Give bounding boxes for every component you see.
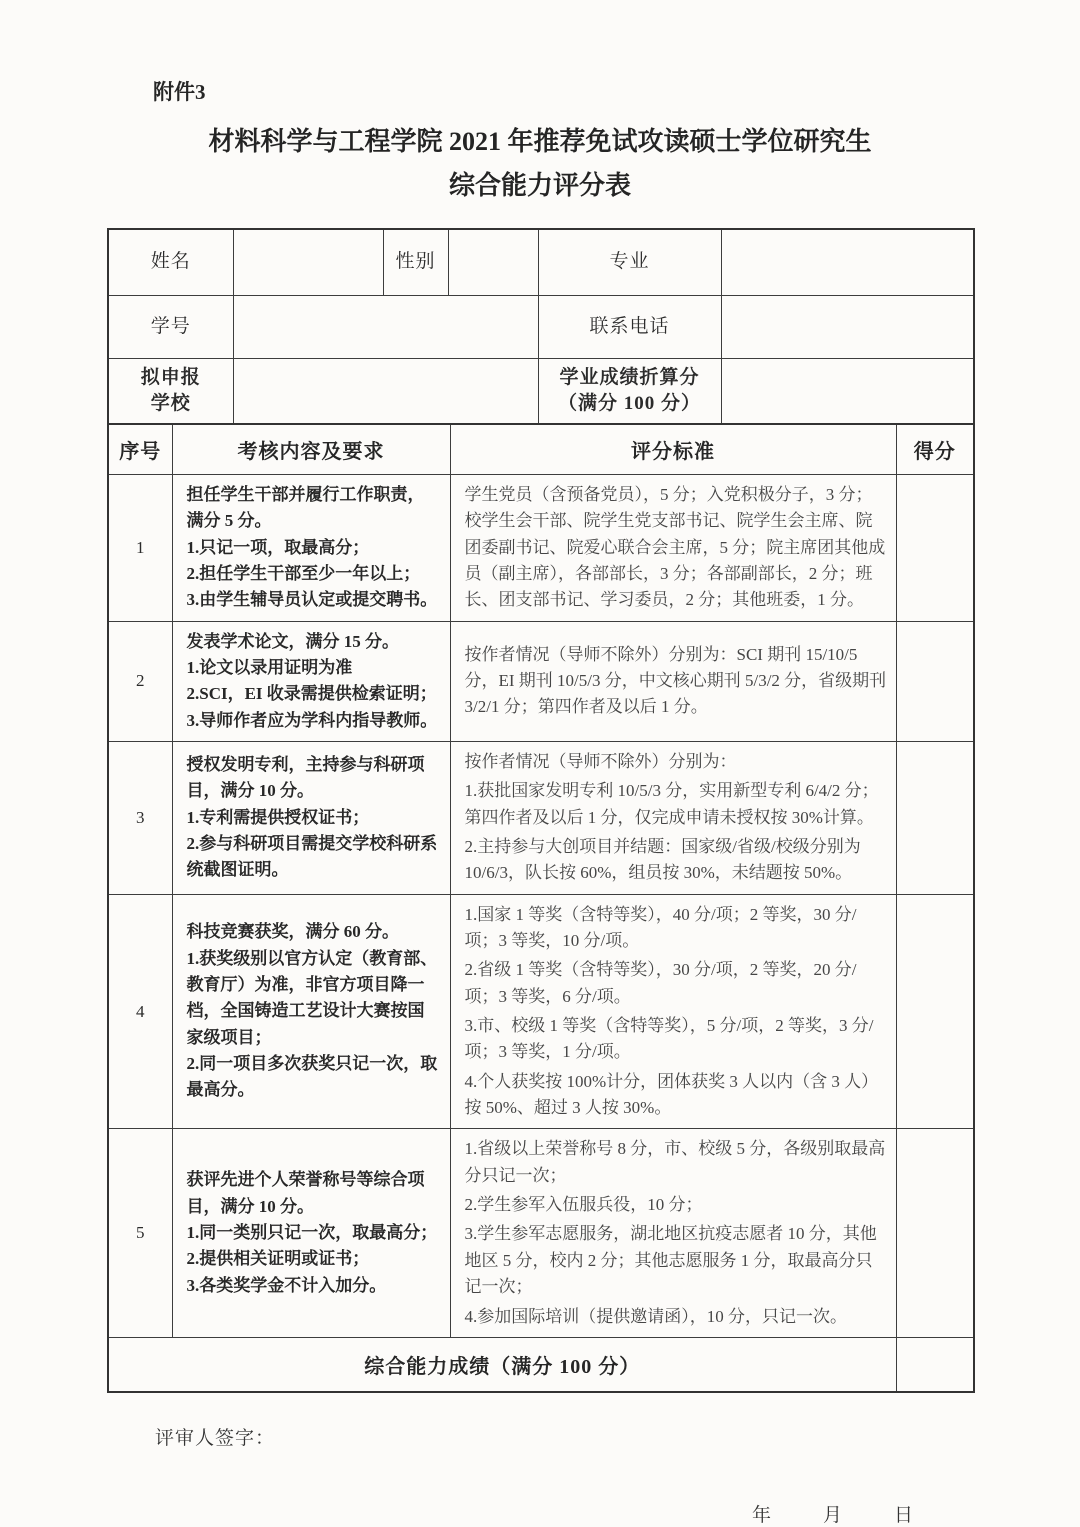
date-year-label: 年 [752,1500,771,1527]
scoring-table-row: 1担任学生干部并履行工作职责，满分 5 分。1.只记一项，取最高分；2.担任学生… [108,474,974,621]
assessment-content-line: 1.只记一项，取最高分； [187,535,440,561]
score-field [896,621,974,741]
score-field [896,894,974,1129]
gender-label: 性别 [383,229,448,295]
scoring-table-row: 4科技竞赛获奖，满分 60 分。1.获奖级别以官方认定（教育部、教育厅）为准，非… [108,894,974,1129]
scoring-criteria-cell: 学生党员（含预备党员），5 分；入党积极分子，3 分；校学生会干部、院学生党支部… [450,474,896,621]
scoring-table-header-row: 序号 考核内容及要求 评分标准 得分 [108,424,974,474]
document-title-line-2: 综合能力评分表 [0,164,1080,208]
info-row-name-gender-major: 姓名 性别 专业 [108,229,974,295]
header-no: 序号 [108,424,172,474]
name-label: 姓名 [108,229,233,295]
attachment-label: 附件3 [153,76,1080,106]
assessment-content-line: 1.专利需提供授权证书； [187,805,440,831]
row-number-cell: 1 [108,474,172,621]
assessment-content-line: 2.参与科研项目需提交学校科研系统截图证明。 [187,831,440,884]
assessment-content-line: 1.论文以录用证明为准 [187,655,440,681]
row-number-cell: 4 [108,894,172,1129]
assessment-content-line: 2.担任学生干部至少一年以上； [187,561,440,587]
assessment-content-cell: 科技竞赛获奖，满分 60 分。1.获奖级别以官方认定（教育部、教育厅）为准，非官… [172,894,450,1129]
tables-container: 姓名 性别 专业 学号 联系电话 拟申报 学校 学业成绩折 [107,228,973,1393]
scoring-criteria-line: 3.学生参军志愿服务，湖北地区抗疫志愿者 10 分，其他地区 5 分，校内 2 … [465,1221,888,1300]
scoring-criteria-line: 按作者情况（导师不除外）分别为： [465,749,888,775]
target-school-field [233,358,538,424]
scoring-criteria-line: 1.国家 1 等奖（含特等奖），40 分/项；2 等奖，30 分/项；3 等奖，… [465,902,888,955]
score-field [896,1129,974,1337]
scoring-criteria-line: 2.省级 1 等奖（含特等奖），30 分/项，2 等奖，20 分/项；3 等奖，… [465,957,888,1010]
scoring-criteria-line: 1.获批国家发明专利 10/5/3 分，实用新型专利 6/4/2 分；第四作者及… [465,778,888,831]
assessment-content-line: 2.同一项目多次获奖只记一次，取最高分。 [187,1051,440,1104]
scoring-table: 序号 考核内容及要求 评分标准 得分 1担任学生干部并履行工作职责，满分 5 分… [107,423,975,1393]
assessment-content-line: 获评先进个人荣誉称号等综合项目，满分 10 分。 [187,1167,440,1220]
target-school-label-line-2: 学校 [109,391,233,418]
scoring-table-row: 5获评先进个人荣誉称号等综合项目，满分 10 分。1.同一类别只记一次，取最高分… [108,1129,974,1337]
row-number-cell: 3 [108,741,172,894]
assessment-content-cell: 授权发明专利，主持参与科研项目，满分 10 分。1.专利需提供授权证书；2.参与… [172,741,450,894]
scoring-table-body: 1担任学生干部并履行工作职责，满分 5 分。1.只记一项，取最高分；2.担任学生… [108,474,974,1337]
assessment-content-line: 1.同一类别只记一次，取最高分； [187,1220,440,1246]
scoring-criteria-cell: 按作者情况（导师不除外）分别为：SCI 期刊 15/10/5 分，EI 期刊 1… [450,621,896,741]
document-title-line-1: 材料科学与工程学院 2021 年推荐免试攻读硕士学位研究生 [0,120,1080,164]
major-field [721,229,974,295]
scoring-criteria-line: 4.参加国际培训（提供邀请函），10 分，只记一次。 [465,1304,888,1330]
date-day-label: 日 [894,1500,913,1527]
assessment-content-line: 3.由学生辅导员认定或提交聘书。 [187,587,440,613]
target-school-label: 拟申报 学校 [108,358,233,424]
assessment-content-cell: 担任学生干部并履行工作职责，满分 5 分。1.只记一项，取最高分；2.担任学生干… [172,474,450,621]
assessment-content-line: 授权发明专利，主持参与科研项目，满分 10 分。 [187,752,440,805]
date-line: 年 月 日 [752,1500,913,1527]
assessment-content-line: 2.提供相关证明或证书； [187,1246,440,1272]
applicant-info-table: 姓名 性别 专业 学号 联系电话 拟申报 学校 学业成绩折 [107,228,975,425]
scoring-criteria-line: 按作者情况（导师不除外）分别为：SCI 期刊 15/10/5 分，EI 期刊 1… [465,642,888,721]
gpa-conversion-field [721,358,974,424]
major-label: 专业 [538,229,721,295]
phone-field [721,295,974,358]
header-content: 考核内容及要求 [172,424,450,474]
gender-field [448,229,538,295]
total-score-label: 综合能力成绩（满分 100 分） [108,1337,896,1392]
assessment-content-line: 3.导师作者应为学科内指导教师。 [187,708,440,734]
scoring-criteria-line: 4.个人获奖按 100%计分，团体获奖 3 人以内（含 3 人）按 50%、超过… [465,1069,888,1122]
assessment-content-line: 发表学术论文，满分 15 分。 [187,629,440,655]
gpa-conversion-label-line-2: （满分 100 分） [539,391,721,418]
assessment-content-cell: 获评先进个人荣誉称号等综合项目，满分 10 分。1.同一类别只记一次，取最高分；… [172,1129,450,1337]
scoring-criteria-cell: 按作者情况（导师不除外）分别为：1.获批国家发明专利 10/5/3 分，实用新型… [450,741,896,894]
date-month-label: 月 [823,1500,842,1527]
scoring-criteria-line: 3.市、校级 1 等奖（含特等奖），5 分/项，2 等奖，3 分/项；3 等奖，… [465,1013,888,1066]
assessment-content-line: 2.SCI，EI 收录需提供检索证明； [187,681,440,707]
gpa-conversion-label-line-1: 学业成绩折算分 [539,365,721,392]
total-score-field [896,1337,974,1392]
name-field [233,229,383,295]
scoring-table-row: 3授权发明专利，主持参与科研项目，满分 10 分。1.专利需提供授权证书；2.参… [108,741,974,894]
info-row-school-gpa: 拟申报 学校 学业成绩折算分 （满分 100 分） [108,358,974,424]
scoring-criteria-line: 2.学生参军入伍服兵役，10 分； [465,1192,888,1218]
assessment-content-line: 担任学生干部并履行工作职责，满分 5 分。 [187,482,440,535]
info-row-id-phone: 学号 联系电话 [108,295,974,358]
score-field [896,474,974,621]
assessment-content-line: 3.各类奖学金不计入加分。 [187,1273,440,1299]
assessment-content-line: 1.获奖级别以官方认定（教育部、教育厅）为准，非官方项目降一档，全国铸造工艺设计… [187,946,440,1051]
row-number-cell: 5 [108,1129,172,1337]
score-field [896,741,974,894]
header-score: 得分 [896,424,974,474]
assessment-content-line: 科技竞赛获奖，满分 60 分。 [187,919,440,945]
total-score-row: 综合能力成绩（满分 100 分） [108,1337,974,1392]
scoring-criteria-line: 1.省级以上荣誉称号 8 分，市、校级 5 分，各级别取最高分只记一次； [465,1136,888,1189]
scoring-table-row: 2发表学术论文，满分 15 分。1.论文以录用证明为准2.SCI，EI 收录需提… [108,621,974,741]
document-title: 材料科学与工程学院 2021 年推荐免试攻读硕士学位研究生 综合能力评分表 [0,120,1080,208]
phone-label: 联系电话 [538,295,721,358]
scoring-criteria-line: 学生党员（含预备党员），5 分；入党积极分子，3 分；校学生会干部、院学生党支部… [465,482,888,614]
student-id-label: 学号 [108,295,233,358]
scoring-criteria-line: 2.主持参与大创项目并结题：国家级/省级/校级分别为 10/6/3，队长按 60… [465,834,888,887]
gpa-conversion-label: 学业成绩折算分 （满分 100 分） [538,358,721,424]
scoring-criteria-cell: 1.国家 1 等奖（含特等奖），40 分/项；2 等奖，30 分/项；3 等奖，… [450,894,896,1129]
scoring-criteria-cell: 1.省级以上荣誉称号 8 分，市、校级 5 分，各级别取最高分只记一次；2.学生… [450,1129,896,1337]
document-page: 附件3 材料科学与工程学院 2021 年推荐免试攻读硕士学位研究生 综合能力评分… [0,0,1080,1527]
target-school-label-line-1: 拟申报 [109,365,233,392]
student-id-field [233,295,538,358]
assessment-content-cell: 发表学术论文，满分 15 分。1.论文以录用证明为准2.SCI，EI 收录需提供… [172,621,450,741]
row-number-cell: 2 [108,621,172,741]
reviewer-signature-label: 评审人签字： [155,1423,1080,1450]
header-criteria: 评分标准 [450,424,896,474]
